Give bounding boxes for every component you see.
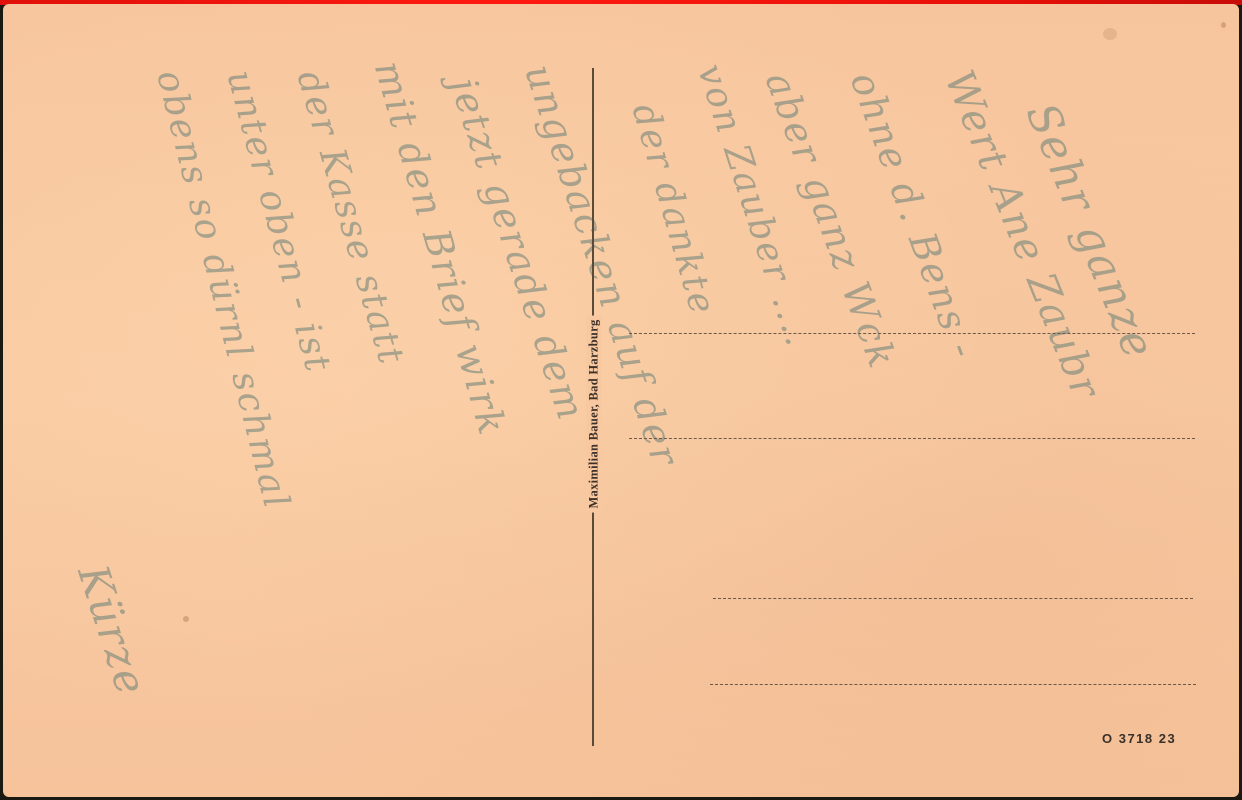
serial-number: O 3718 23: [1102, 731, 1176, 746]
paper-stain: [1221, 22, 1226, 28]
paper-stain: [1103, 28, 1117, 40]
handwriting-signature: Kürze: [68, 559, 156, 702]
address-line-1: [629, 333, 1195, 334]
address-line-4: [710, 684, 1196, 685]
paper-stain: [183, 616, 189, 622]
publisher-imprint: Maximilian Bauer, Bad Harzburg: [587, 315, 602, 512]
address-line-2: [629, 438, 1195, 439]
postcard-back: Sehr ganze Wert Ane Zaubr ohne d. Bens -…: [3, 4, 1239, 797]
address-line-3: [713, 598, 1193, 599]
